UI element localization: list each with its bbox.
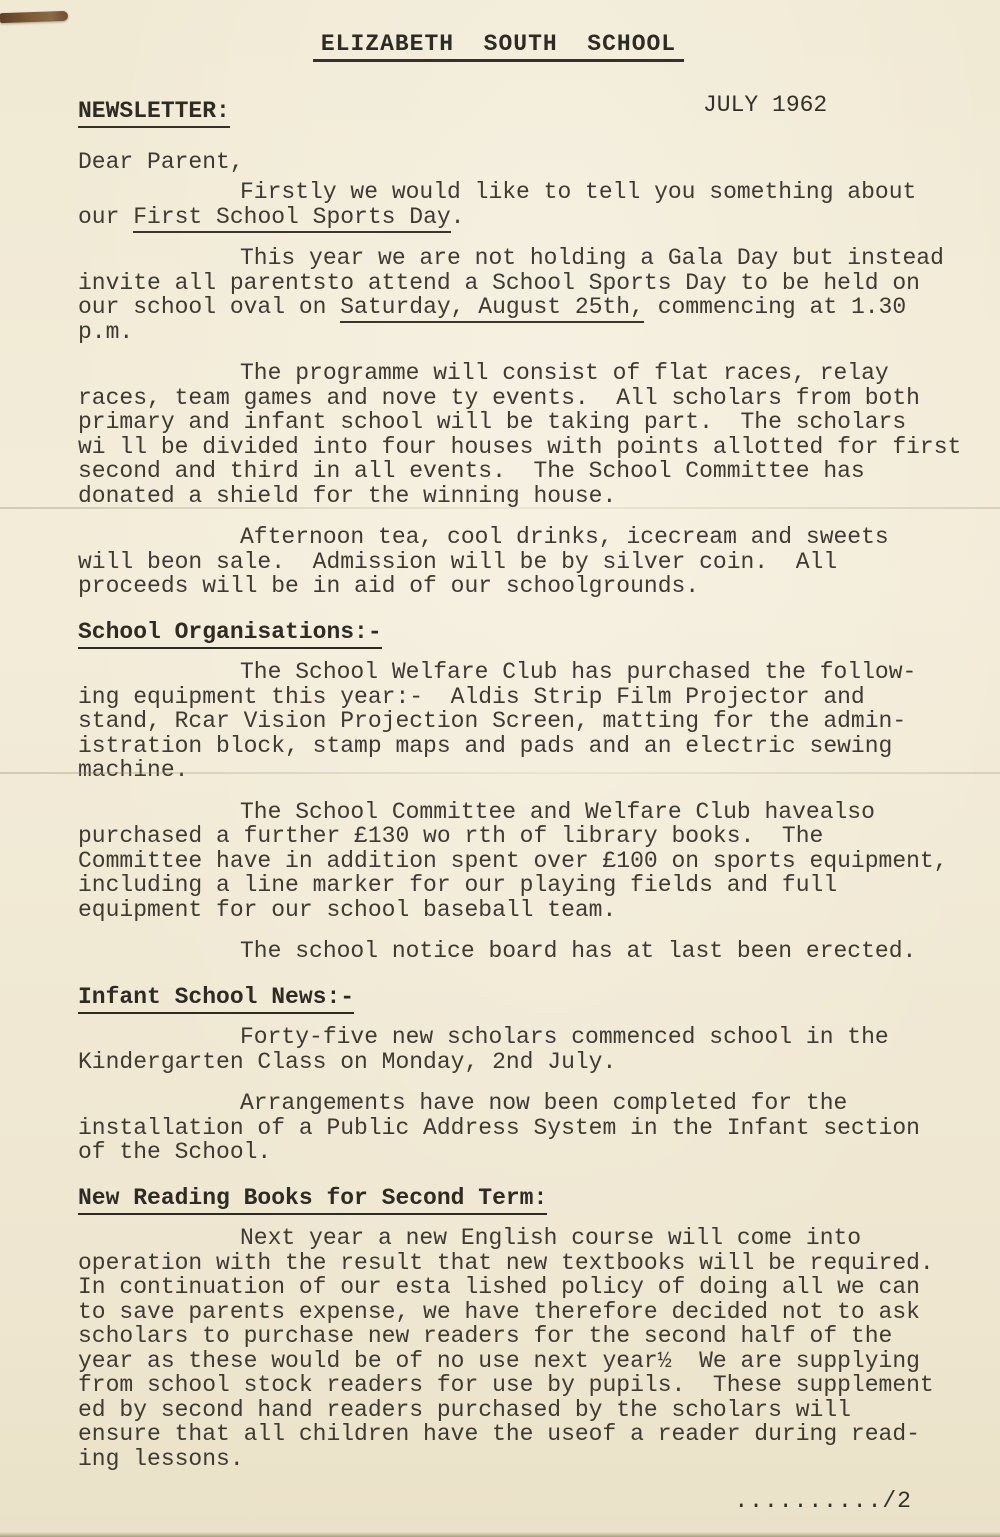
header: ELIZABETH SOUTH SCHOOL (50, 32, 947, 57)
paragraph-refreshments: Afternoon tea, cool drinks, icecream and… (78, 525, 975, 599)
paragraph-gala-day: This year we are not holding a Gala Day … (78, 246, 975, 344)
heading-text: New Reading Books for Second Term: (78, 1185, 547, 1215)
heading-text: School Organisations:- (78, 619, 382, 649)
paragraph-sports-day-intro: Firstly we would like to tell you someth… (78, 180, 975, 229)
salutation: Dear Parent, (78, 150, 975, 175)
heading-infant-school-news: Infant School News:- (78, 985, 975, 1010)
paragraph-reading-books: Next year a new English course will come… (78, 1226, 975, 1471)
underlined-phrase-date: Saturday, August 25th, (340, 294, 644, 323)
staple-mark (0, 11, 68, 23)
paragraph-public-address: Arrangements have now been completed for… (78, 1091, 975, 1165)
paragraph-programme: The programme will consist of flat races… (78, 361, 975, 508)
heading-new-reading-books: New Reading Books for Second Term: (78, 1186, 975, 1211)
page-title: ELIZABETH SOUTH SCHOOL (313, 31, 684, 62)
paragraph-text: . (451, 204, 465, 230)
newsletter-page: ELIZABETH SOUTH SCHOOL NEWSLETTER:JULY 1… (0, 0, 1000, 1537)
underlined-phrase-sports-day: First School Sports Day (133, 204, 450, 233)
meta-row: NEWSLETTER:JULY 1962 (78, 99, 975, 124)
newsletter-label: NEWSLETTER: (78, 98, 230, 128)
paragraph-welfare-club: The School Welfare Club has purchased th… (78, 660, 975, 783)
date-label: JULY 1962 (703, 93, 827, 118)
paragraph-kindergarten: Forty-five new scholars commenced school… (78, 1025, 975, 1074)
paragraph-committee-purchases: The School Committee and Welfare Club ha… (78, 800, 975, 923)
heading-school-organisations: School Organisations:- (78, 620, 975, 645)
heading-text: Infant School News:- (78, 984, 354, 1014)
paragraph-notice-board: The school notice board has at last been… (78, 939, 975, 964)
page-footer: ........../2 (734, 1489, 912, 1514)
